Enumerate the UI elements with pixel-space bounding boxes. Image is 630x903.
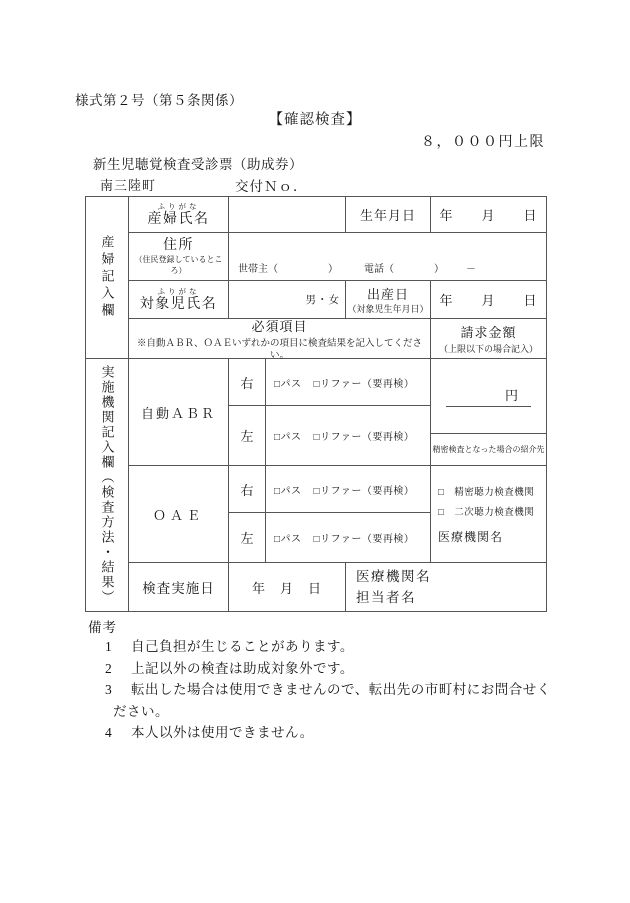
address-label-cell: 住所 （住民登録しているところ）: [129, 233, 229, 281]
mother-name-label: 産婦氏名: [148, 211, 210, 228]
abr-left-result-cell: □パス □リファー（要再検）: [266, 406, 431, 466]
referral-org-label: 医療機関名: [438, 528, 503, 545]
note-item-4: 4本人以外は使用できません。: [105, 722, 561, 744]
required-items-note: ※自動ＡＢＲ、ＯＡＥいずれかの項目に検査結果を記入してください。: [129, 338, 430, 362]
form-title: 新生児聴覚検査受診票（助成券）: [93, 153, 303, 173]
section-mother-entry: 産婦記入欄: [86, 197, 129, 359]
abr-left-pass-checkbox[interactable]: □パス: [274, 428, 302, 443]
exam-date-label: 検査実施日: [142, 577, 215, 597]
oae-right-result-cell: □パス □リファー（要再検）: [266, 466, 431, 513]
delivery-date-value: 年 月 日: [439, 290, 537, 309]
form-number: 様式第２号（第５条関係）: [75, 89, 243, 109]
oae-right-ear-label: 右: [229, 466, 266, 513]
section-agency-entry-label: 実施機関記入欄（検査方法・結果）: [98, 365, 117, 605]
birth-date-label-cell: 生年月日: [346, 197, 431, 233]
abr-right-pass-checkbox[interactable]: □パス: [274, 375, 302, 390]
birth-date-input-cell[interactable]: 年 月 日: [431, 197, 546, 233]
exam-person-label: 担当者名: [356, 587, 416, 608]
oae-right-refer-checkbox[interactable]: □リファー（要再検）: [314, 482, 415, 497]
oae-label: ＯＡＥ: [153, 505, 204, 524]
claim-amount-input-cell[interactable]: 円: [431, 359, 546, 434]
section-agency-entry: 実施機関記入欄（検査方法・結果）: [86, 359, 129, 611]
address-input-cell[interactable]: 世帯主（ ） 電話（ ） －: [229, 233, 546, 281]
notes-list: 1自己負担が生じることがあります。 2上記以外の検査は助成対象外です。 3転出し…: [105, 636, 561, 744]
oae-left-refer-checkbox[interactable]: □リファー（要再検）: [314, 530, 415, 545]
birth-date-value: 年 月 日: [439, 205, 537, 224]
form-table: 産婦記入欄 実施機関記入欄（検査方法・結果） ふりがな 産婦氏名 生年月日 年 …: [85, 196, 547, 612]
exam-org-label: 医療機関名: [356, 566, 431, 587]
abr-right-result-cell: □パス □リファー（要再検）: [266, 359, 431, 406]
issue-number-label: 交付Ｎｏ．: [235, 175, 308, 195]
exam-date-label-cell: 検査実施日: [129, 563, 229, 611]
referral-secondary-checkbox[interactable]: □ 二次聴力検査機関: [438, 503, 534, 523]
delivery-date-sublabel: （対象児生年月日）: [347, 303, 428, 315]
mother-name-label-cell: ふりがな 産婦氏名: [129, 197, 229, 233]
abr-left-refer-checkbox[interactable]: □リファー（要再検）: [314, 428, 415, 443]
delivery-date-label: 出産日: [367, 284, 409, 303]
note-item-2: 2上記以外の検査は助成対象外です。: [105, 658, 561, 680]
exam-type-title: 【確認検査】: [0, 108, 630, 129]
abr-label: 自動ＡＢＲ: [141, 403, 216, 422]
amount-underline[interactable]: 円: [446, 385, 531, 407]
section-mother-entry-label: 産婦記入欄: [98, 235, 117, 320]
notes-label: 備考: [88, 616, 117, 636]
child-name-label-cell: ふりがな 対象児氏名: [129, 281, 229, 319]
oae-left-ear-label: 左: [229, 513, 266, 563]
mother-name-input-cell[interactable]: [229, 197, 346, 233]
oae-right-pass-checkbox[interactable]: □パス: [274, 482, 302, 497]
exam-org-cell[interactable]: 医療機関名 担当者名: [346, 563, 546, 611]
sex-selector[interactable]: 男・女: [306, 292, 341, 307]
oae-left-result-cell: □パス □リファー（要再検）: [266, 513, 431, 563]
delivery-date-input-cell[interactable]: 年 月 日: [431, 281, 546, 319]
abr-label-cell: 自動ＡＢＲ: [129, 359, 229, 466]
claim-amount-label: 請求金額: [460, 322, 516, 341]
birth-date-label: 生年月日: [360, 205, 416, 224]
required-items-title: 必須項目: [251, 316, 307, 335]
address-sublabel: （住民登録しているところ）: [129, 254, 228, 276]
child-name-input-cell[interactable]: 男・女: [229, 281, 346, 319]
oae-label-cell: ＯＡＥ: [129, 466, 229, 563]
oae-left-pass-checkbox[interactable]: □パス: [274, 530, 302, 545]
required-items-header-cell: 必須項目 ※自動ＡＢＲ、ＯＡＥいずれかの項目に検査結果を記入してください。: [129, 319, 431, 359]
child-name-furigana: ふりがな: [158, 287, 200, 296]
yen-unit: 円: [505, 388, 518, 403]
municipality-name: 南三陸町: [100, 175, 156, 194]
claim-amount-header-cell: 請求金額 （上限以下の場合記入）: [431, 319, 546, 359]
exam-date-input-cell[interactable]: 年 月 日: [229, 563, 346, 611]
referral-body-cell: □ 精密聴力検査機関 □ 二次聴力検査機関 医療機関名: [431, 466, 546, 563]
address-label: 住所: [163, 237, 194, 254]
price-limit: ８，０００円上限: [421, 131, 545, 151]
referral-header: 精密検査となった場合の紹介先: [433, 444, 545, 455]
mother-name-furigana: ふりがな: [158, 202, 200, 211]
document-page: 様式第２号（第５条関係） 【確認検査】 ８，０００円上限 新生児聴覚検査受診票（…: [0, 0, 630, 903]
phone-field: 電話（ ）: [364, 260, 444, 275]
phone-dash: －: [466, 260, 476, 275]
referral-header-cell: 精密検査となった場合の紹介先: [431, 434, 546, 466]
claim-amount-sublabel: （上限以下の場合記入）: [439, 343, 538, 355]
note-item-1: 1自己負担が生じることがあります。: [105, 636, 561, 658]
abr-right-refer-checkbox[interactable]: □リファー（要再検）: [314, 375, 415, 390]
abr-left-ear-label: 左: [229, 406, 266, 466]
child-name-label: 対象児氏名: [140, 296, 218, 313]
delivery-date-label-cell: 出産日 （対象児生年月日）: [346, 281, 431, 319]
note-item-3: 3転出した場合は使用できませんので、転出先の市町村にお問合せください。: [105, 679, 561, 722]
exam-date-value: 年 月 日: [252, 578, 322, 597]
referral-precise-checkbox[interactable]: □ 精密聴力検査機関: [438, 483, 534, 503]
householder-field: 世帯主（ ）: [238, 260, 338, 275]
abr-right-ear-label: 右: [229, 359, 266, 406]
